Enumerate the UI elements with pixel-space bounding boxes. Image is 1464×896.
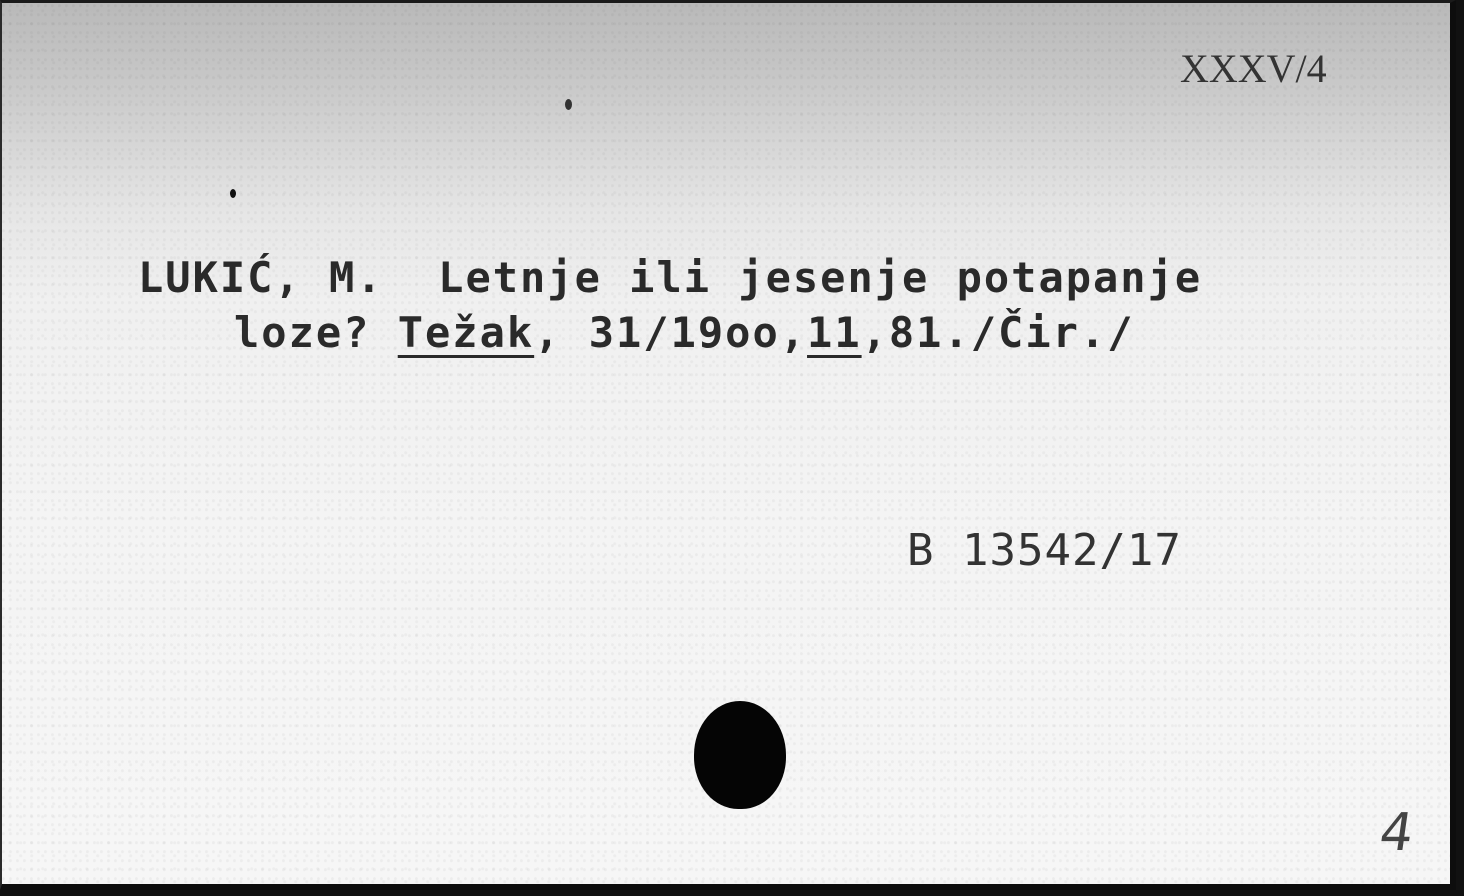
entry-line-2: loze? Težak, 31/19oo,11,81./Čir./ xyxy=(234,308,1134,357)
volume-year: , 31/19oo, xyxy=(534,308,807,357)
call-number: XXXV/4 xyxy=(1180,45,1327,92)
punch-hole xyxy=(694,701,786,809)
catalog-card: XXXV/4 LUKIĆ, M. Letnje ili jesenje pota… xyxy=(0,0,1456,890)
title-line-2: loze? xyxy=(234,308,398,357)
journal-title: Težak xyxy=(398,308,534,357)
pages: ,81. xyxy=(862,308,971,357)
ink-speck xyxy=(230,189,236,198)
entry-line-1: LUKIĆ, M. Letnje ili jesenje potapanje xyxy=(138,253,1202,302)
ink-speck xyxy=(565,99,572,110)
script-note: /Čir./ xyxy=(971,308,1135,357)
issue-number: 11 xyxy=(807,308,862,357)
accession-number: B 13542/17 xyxy=(907,525,1182,576)
author: LUKIĆ, M. xyxy=(138,253,384,302)
title-line-1: Letnje ili jesenje potapanje xyxy=(438,253,1202,302)
handwritten-mark: 4 xyxy=(1376,803,1418,863)
